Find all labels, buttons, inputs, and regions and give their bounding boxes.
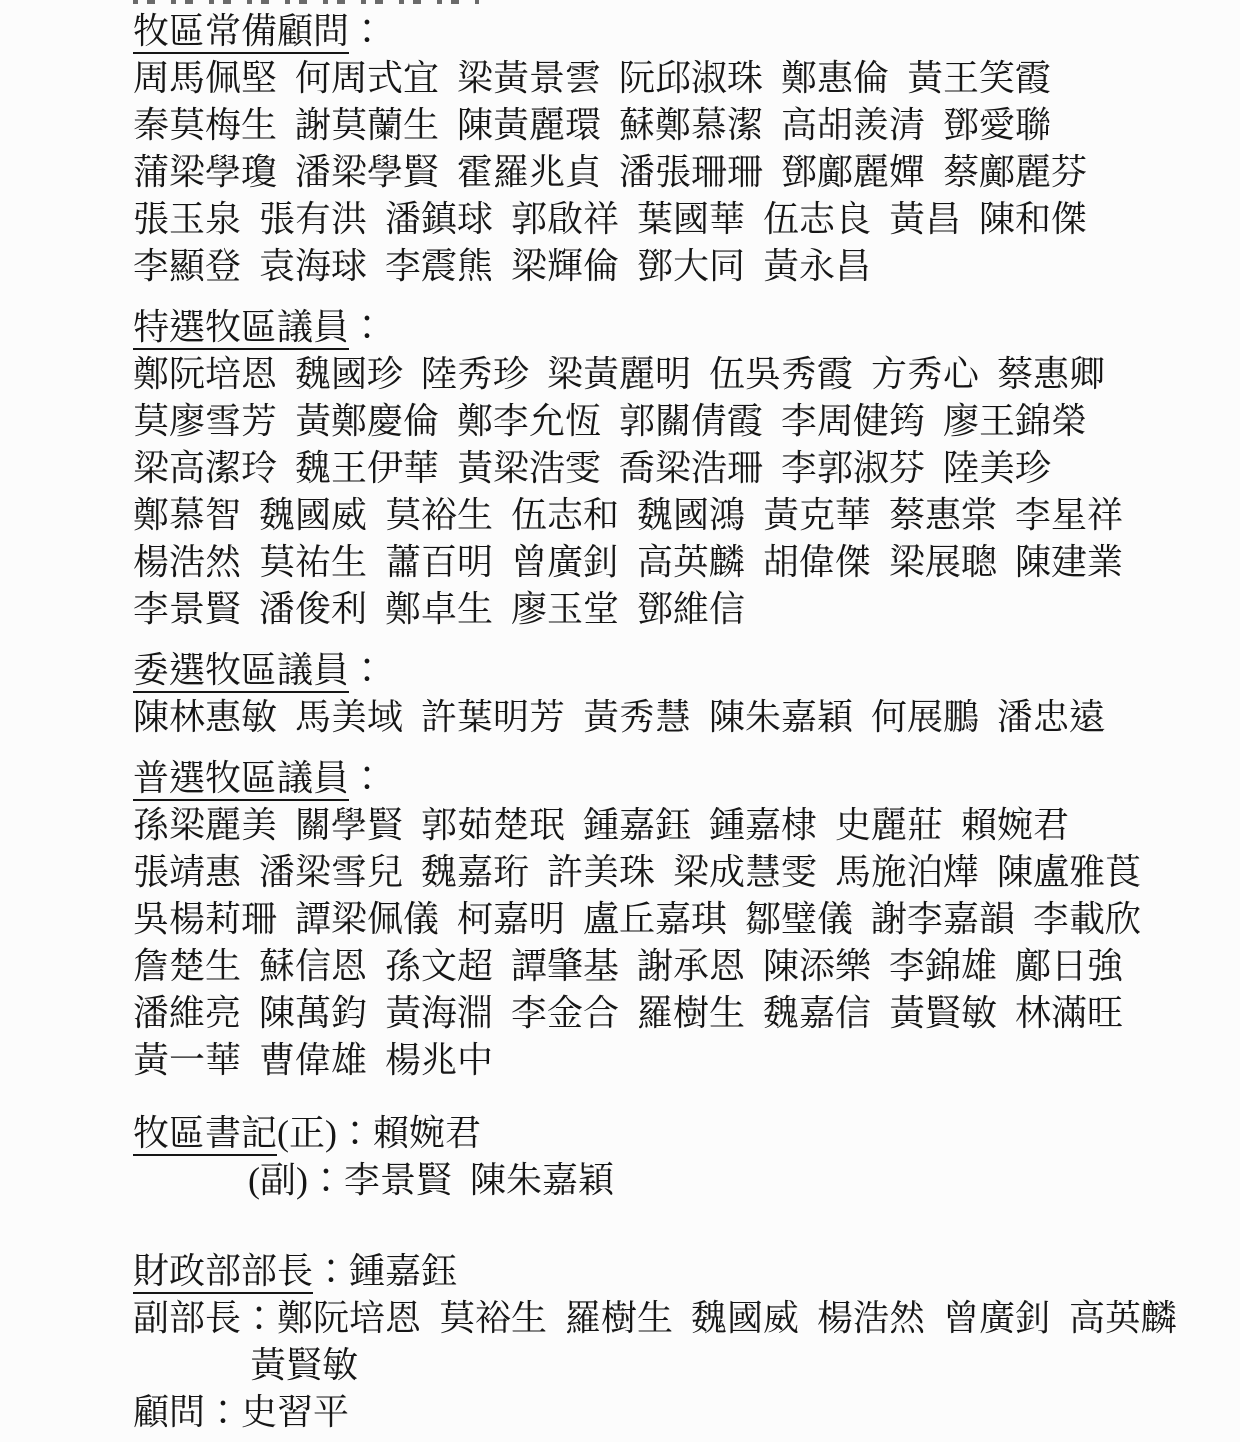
- names-line: 李顯登 袁海球 李震熊 梁輝倫 鄧大同 黃永昌: [133, 243, 1204, 290]
- names-line: 秦莫梅生 謝莫蘭生 陳黃麗環 蘇鄭慕潔 高胡羨清 鄧愛聯: [133, 102, 1204, 149]
- names-line: 張玉泉 張有洪 潘鎮球 郭啟祥 葉國華 伍志良 黃昌 陳和傑: [133, 196, 1204, 243]
- section-secretaries: 牧區書記(正)：賴婉君 (副)：李景賢 陳朱嘉穎: [133, 1110, 1204, 1204]
- finance-deputy-label: 副部長：: [133, 1298, 277, 1338]
- names-line: 詹楚生 蘇信恩 孫文超 譚肇基 謝承恩 陳添樂 李錦雄 鄺日強: [133, 943, 1204, 990]
- heading-colon: ：: [349, 650, 385, 690]
- names-line: 黃一華 曹偉雄 楊兆中: [133, 1037, 1204, 1084]
- names-line: 張靖惠 潘梁雪兒 魏嘉珩 許美珠 梁成慧雯 馬施泊燁 陳盧雅莨: [133, 849, 1204, 896]
- secretary-deputy-label: (副)：: [248, 1160, 344, 1200]
- finance-head-line: 財政部部長：鍾嘉鈺: [133, 1248, 1204, 1295]
- section-popularly-elected-councillors: 普選牧區議員： 孫梁麗美 關學賢 郭茹楚珉 鍾嘉鈺 鍾嘉棣 史麗莊 賴婉君 張靖…: [133, 755, 1204, 1084]
- names-line: 楊浩然 莫祐生 蕭百明 曾廣釗 高英麟 胡偉傑 梁展聰 陳建業: [133, 539, 1204, 586]
- secretary-deputy-line: (副)：李景賢 陳朱嘉穎: [133, 1157, 1204, 1204]
- roster-document: 牧區常備顧問： 周馬佩堅 何周式宜 梁黃景雲 阮邱淑珠 鄭惠倫 黃王笑霞 秦莫梅…: [133, 8, 1204, 1436]
- names-line: 梁高潔玲 魏王伊華 黃梁浩雯 喬梁浩珊 李郭淑芬 陸美珍: [133, 445, 1204, 492]
- names-line: 周馬佩堅 何周式宜 梁黃景雲 阮邱淑珠 鄭惠倫 黃王笑霞: [133, 55, 1204, 102]
- secretary-heading-text: 牧區書記: [133, 1113, 277, 1156]
- section-heading: 普選牧區議員：: [133, 755, 1204, 802]
- section-heading-text: 普選牧區議員: [133, 758, 349, 801]
- finance-advisor-label: 顧問：: [133, 1392, 241, 1432]
- names-line: 潘維亮 陳萬鈞 黃海淵 李金合 羅樹生 魏嘉信 黃賢敏 林滿旺: [133, 990, 1204, 1037]
- heading-colon: ：: [349, 307, 385, 347]
- heading-colon: ：: [349, 758, 385, 798]
- names-line: 陳林惠敏 馬美域 許葉明芳 黃秀慧 陳朱嘉穎 何展鵬 潘忠遠: [133, 694, 1204, 741]
- names-line: 李景賢 潘俊利 鄭卓生 廖玉堂 鄧維信: [133, 586, 1204, 633]
- clipped-previous-line-fragments: [133, 0, 479, 4]
- names-line: 孫梁麗美 關學賢 郭茹楚珉 鍾嘉鈺 鍾嘉棣 史麗莊 賴婉君: [133, 802, 1204, 849]
- section-heading-text: 委選牧區議員: [133, 650, 349, 693]
- secretary-primary-line: 牧區書記(正)：賴婉君: [133, 1110, 1204, 1157]
- section-heading-text: 特選牧區議員: [133, 307, 349, 350]
- secretary-primary-names: 賴婉君: [373, 1113, 481, 1153]
- section-appointed-councillors: 委選牧區議員： 陳林惠敏 馬美域 許葉明芳 黃秀慧 陳朱嘉穎 何展鵬 潘忠遠: [133, 647, 1204, 741]
- names-line: 吳楊莉珊 譚梁佩儀 柯嘉明 盧丘嘉琪 鄒璧儀 謝李嘉韻 李載欣: [133, 896, 1204, 943]
- finance-heading-colon: ：: [313, 1251, 349, 1291]
- section-heading: 委選牧區議員：: [133, 647, 1204, 694]
- finance-head-names: 鍾嘉鈺: [349, 1251, 457, 1291]
- names-line: 鄭慕智 魏國威 莫裕生 伍志和 魏國鴻 黃克華 蔡惠棠 李星祥: [133, 492, 1204, 539]
- names-line: 鄭阮培恩 魏國珍 陸秀珍 梁黃麗明 伍吳秀霞 方秀心 蔡惠卿: [133, 351, 1204, 398]
- secretary-primary-label: (正)：: [277, 1113, 373, 1153]
- section-heading-text: 牧區常備顧問: [133, 11, 349, 54]
- names-line: 蒲梁學瓊 潘梁學賢 霍羅兆貞 潘張珊珊 鄧鄺麗嬋 蔡鄺麗芬: [133, 149, 1204, 196]
- section-standing-advisors: 牧區常備顧問： 周馬佩堅 何周式宜 梁黃景雲 阮邱淑珠 鄭惠倫 黃王笑霞 秦莫梅…: [133, 8, 1204, 290]
- section-heading: 特選牧區議員：: [133, 304, 1204, 351]
- finance-heading-text: 財政部部長: [133, 1251, 313, 1294]
- finance-advisor-line: 顧問：史習平: [133, 1389, 1204, 1436]
- heading-colon: ：: [349, 11, 385, 51]
- secretary-deputy-names: 李景賢 陳朱嘉穎: [344, 1160, 614, 1200]
- section-finance-department: 財政部部長：鍾嘉鈺 副部長：鄭阮培恩 莫裕生 羅樹生 魏國威 楊浩然 曾廣釗 高…: [133, 1248, 1204, 1436]
- section-heading: 牧區常備顧問：: [133, 8, 1204, 55]
- finance-advisor-names: 史習平: [241, 1392, 349, 1432]
- section-special-elected-councillors: 特選牧區議員： 鄭阮培恩 魏國珍 陸秀珍 梁黃麗明 伍吳秀霞 方秀心 蔡惠卿 莫…: [133, 304, 1204, 633]
- finance-deputy-continuation-line: 黃賢敏: [133, 1342, 1204, 1389]
- finance-deputy-line: 副部長：鄭阮培恩 莫裕生 羅樹生 魏國威 楊浩然 曾廣釗 高英麟: [133, 1295, 1204, 1342]
- finance-deputy-names: 鄭阮培恩 莫裕生 羅樹生 魏國威 楊浩然 曾廣釗 高英麟: [277, 1298, 1177, 1338]
- names-line: 莫廖雪芳 黃鄭慶倫 鄭李允恆 郭關倩霞 李周健筠 廖王錦榮: [133, 398, 1204, 445]
